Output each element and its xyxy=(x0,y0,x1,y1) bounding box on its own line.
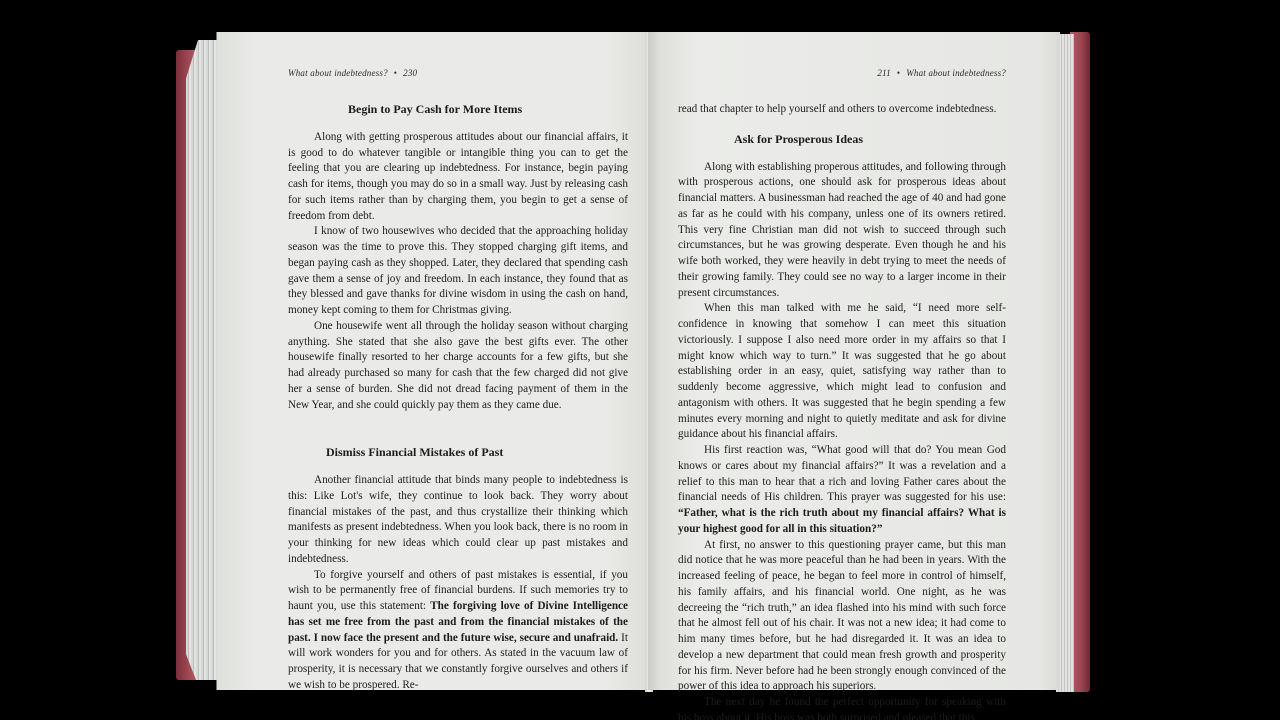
paragraph: Along with getting prosperous attitudes … xyxy=(288,130,628,225)
page-number: 230 xyxy=(403,68,417,78)
paragraph-with-statement: To forgive yourself and others of past m… xyxy=(288,568,628,694)
paragraph-text: His first reaction was, “What good will … xyxy=(678,444,1006,503)
paragraph: I know of two housewives who decided tha… xyxy=(288,224,628,319)
right-page: 211•What about indebtedness? read that c… xyxy=(648,32,1060,690)
page-number: 211 xyxy=(877,68,890,78)
paragraph: One housewife went all through the holid… xyxy=(288,319,628,414)
paragraph: Along with establishing properous attitu… xyxy=(678,160,1006,302)
running-head-title: What about indebtedness? xyxy=(906,68,1006,78)
paragraph-with-prayer: His first reaction was, “What good will … xyxy=(678,443,1006,538)
section-heading-pay-cash: Begin to Pay Cash for More Items xyxy=(288,102,628,118)
left-running-head: What about indebtedness?•230 xyxy=(288,66,628,78)
running-head-title: What about indebtedness? xyxy=(288,68,388,78)
section-heading-prosperous-ideas: Ask for Prosperous Ideas xyxy=(678,132,1006,148)
section-heading-dismiss-mistakes: Dismiss Financial Mistakes of Past xyxy=(288,445,628,461)
carryover-paragraph: read that chapter to help yourself and o… xyxy=(678,102,1006,118)
left-page: What about indebtedness?•230 Begin to Pa… xyxy=(212,32,658,690)
bullet-separator: • xyxy=(394,68,397,78)
prayer-statement: “Father, what is the rich truth about my… xyxy=(678,507,1006,535)
paragraph: Another financial attitude that binds ma… xyxy=(288,473,628,568)
paragraph: At first, no answer to this questioning … xyxy=(678,538,1006,696)
paragraph: The next day he found the perfect opport… xyxy=(678,695,1006,720)
right-running-head: 211•What about indebtedness? xyxy=(678,66,1006,78)
paragraph: When this man talked with me he said, “I… xyxy=(678,301,1006,443)
bullet-separator: • xyxy=(897,68,900,78)
